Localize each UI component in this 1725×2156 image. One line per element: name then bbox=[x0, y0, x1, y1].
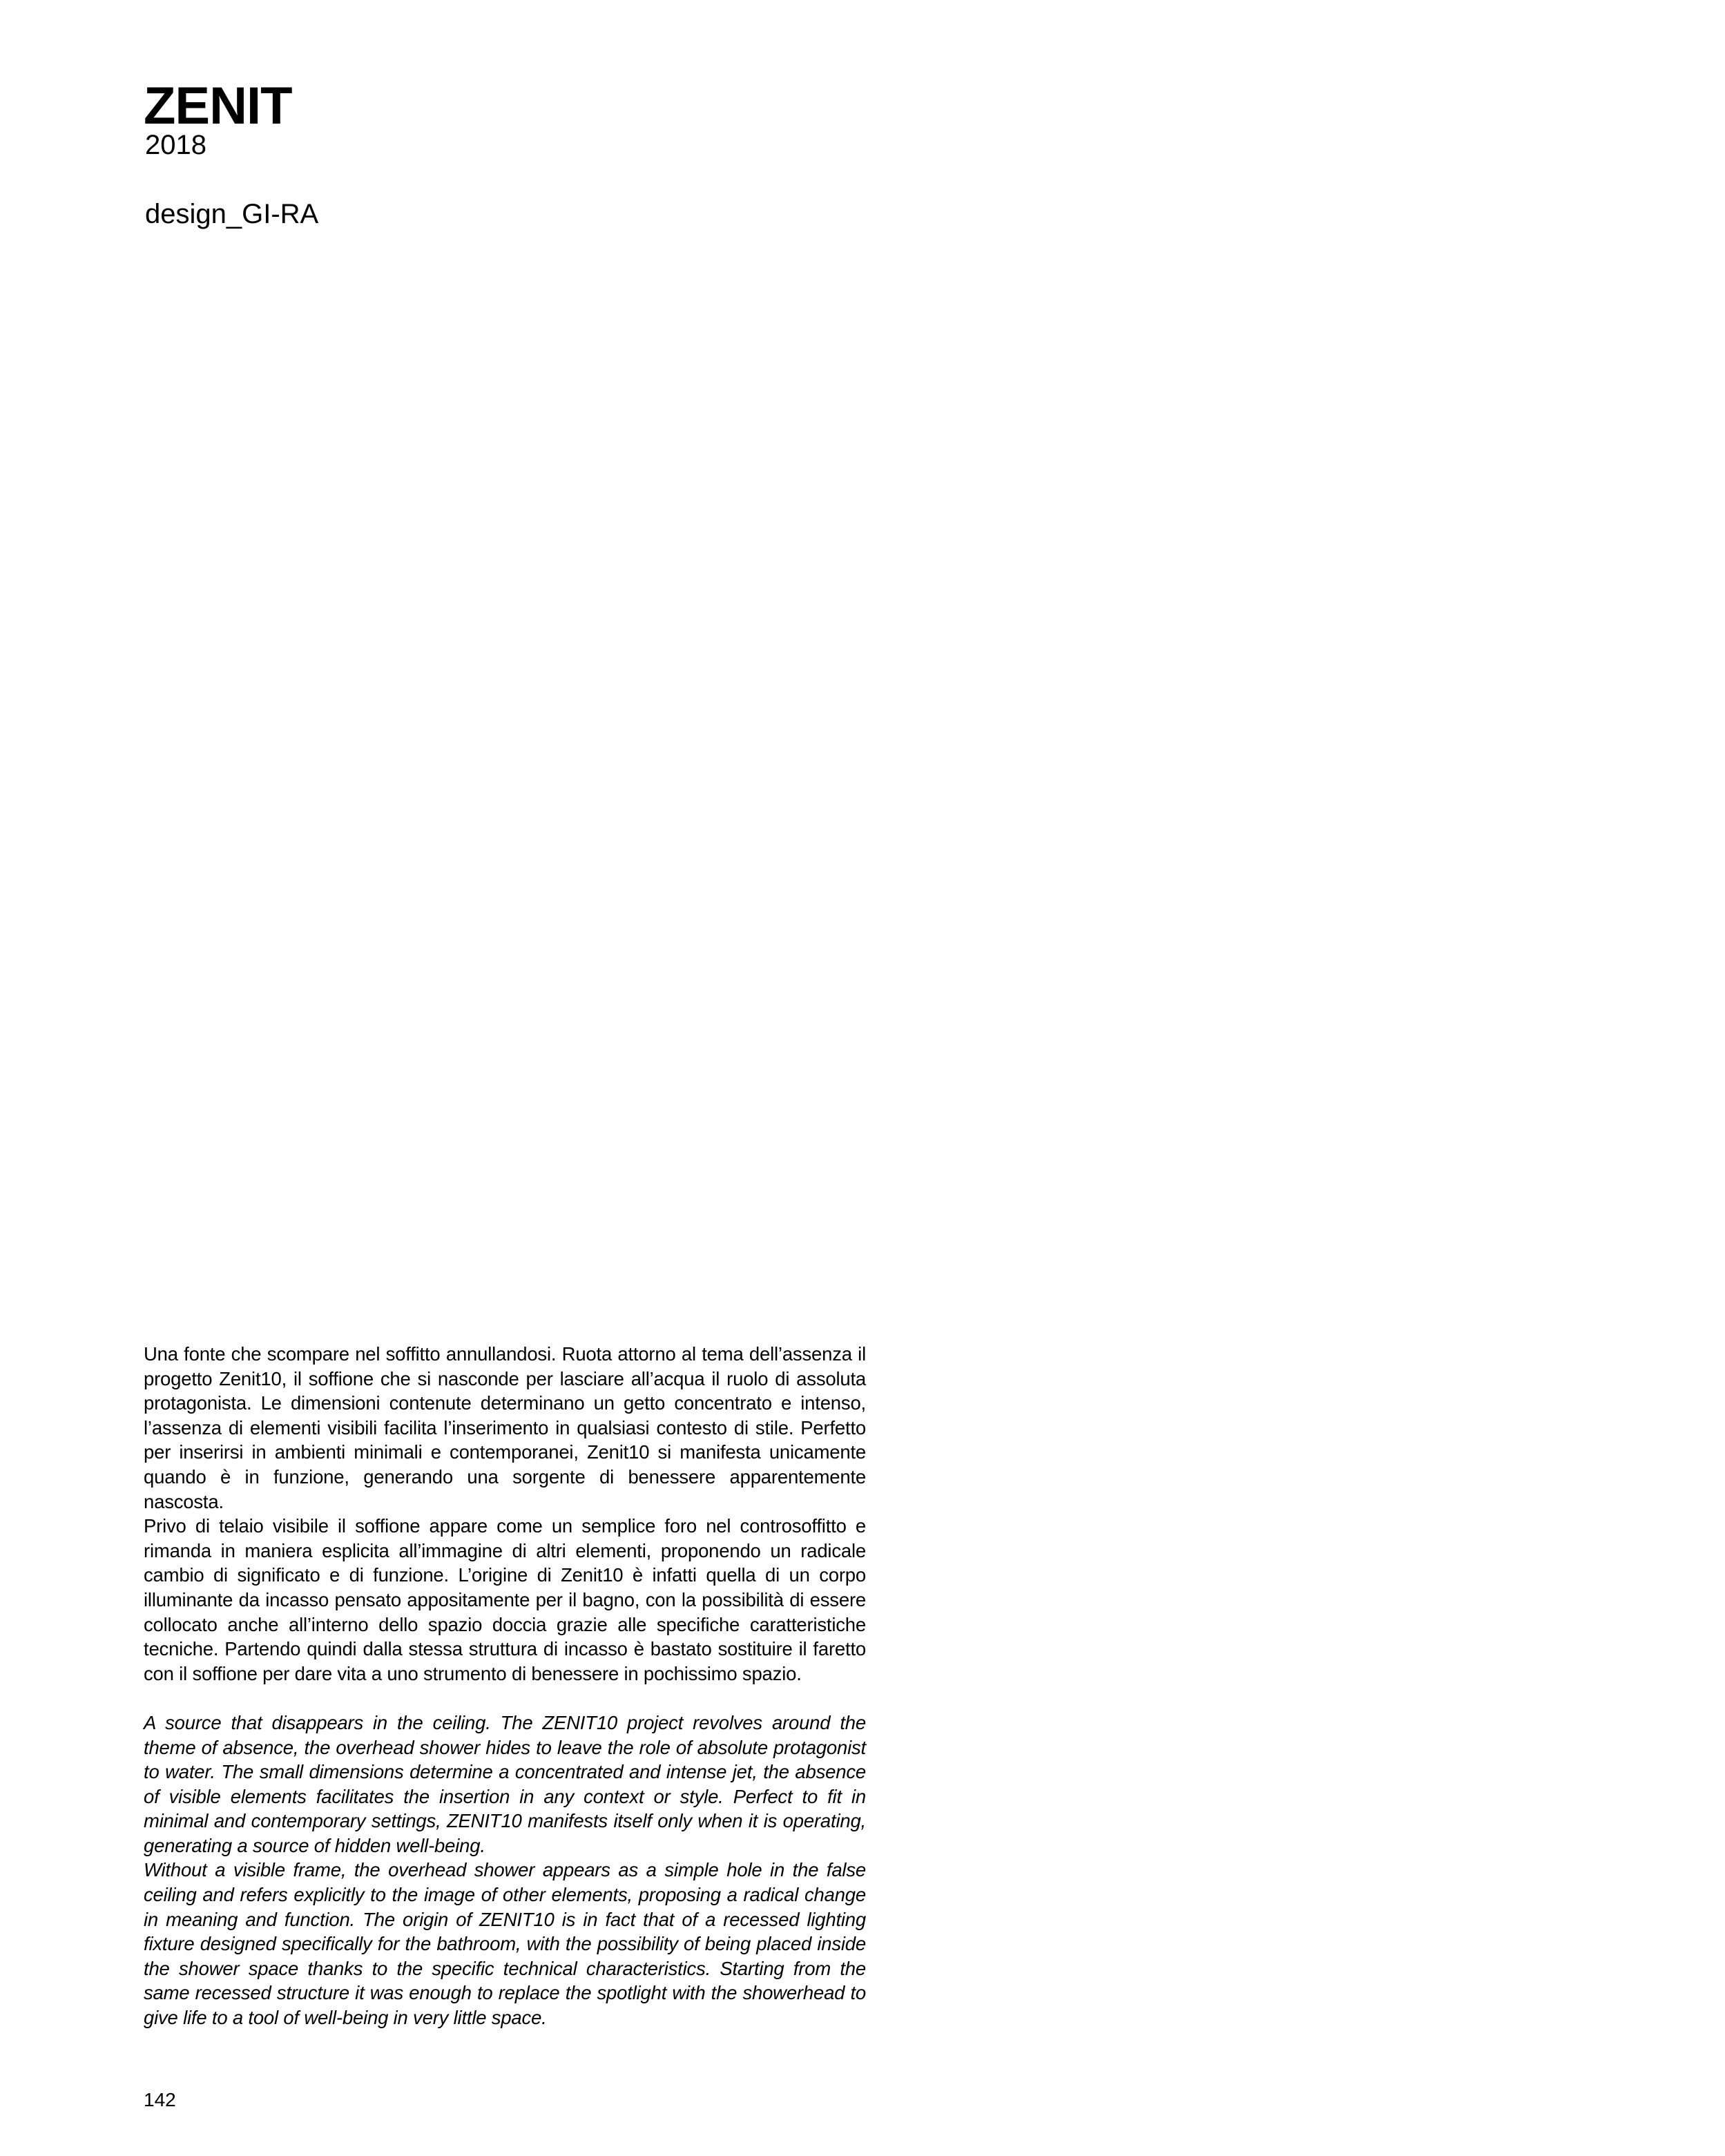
product-title: ZENIT bbox=[144, 77, 318, 135]
paragraph-spacer bbox=[144, 1686, 866, 1711]
english-paragraph-2: Without a visible frame, the overhead sh… bbox=[144, 1858, 866, 2030]
italian-paragraph-1: Una fonte che scompare nel soffitto annu… bbox=[144, 1342, 866, 1514]
page-number: 142 bbox=[144, 2088, 176, 2112]
description-text: Una fonte che scompare nel soffitto annu… bbox=[144, 1342, 866, 2030]
page-header: ZENIT 2018 design_GI-RA bbox=[144, 77, 318, 229]
english-paragraph-1: A source that disappears in the ceiling.… bbox=[144, 1711, 866, 1858]
designer-credit: design_GI-RA bbox=[145, 199, 318, 229]
italian-paragraph-2: Privo di telaio visibile il soffione app… bbox=[144, 1514, 866, 1686]
